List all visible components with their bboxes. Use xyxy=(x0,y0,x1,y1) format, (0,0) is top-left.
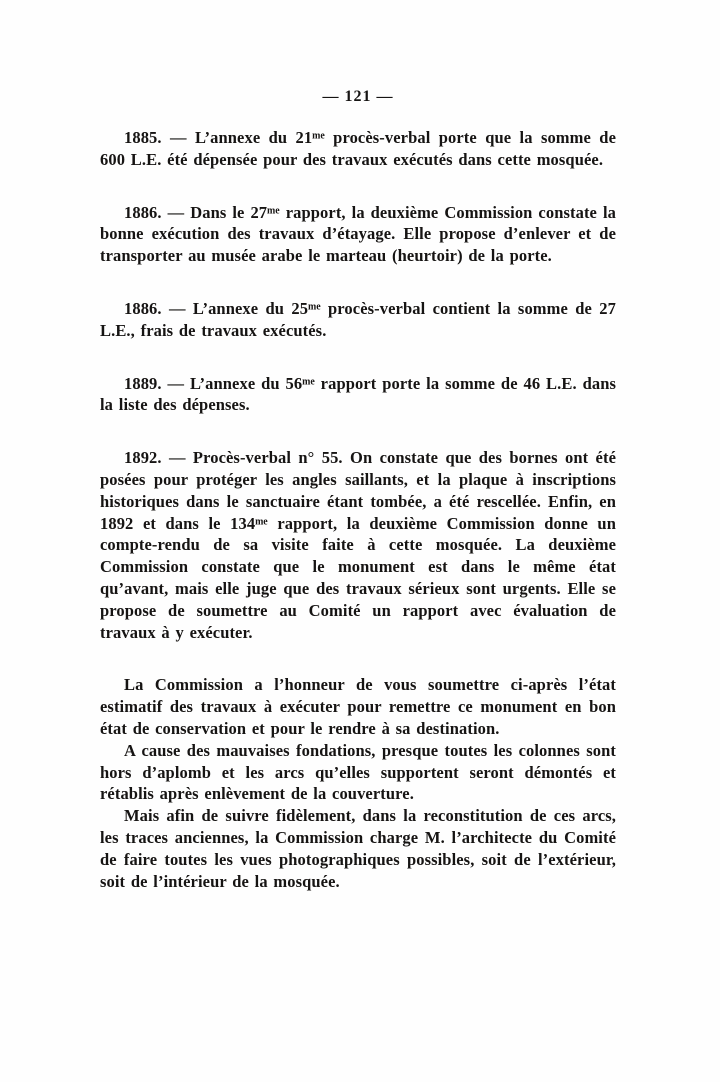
entry-1886-annexe-25: 1886. — L’annexe du 25ᵐᵉ procès-verbal c… xyxy=(100,298,616,342)
page-number: — 121 — xyxy=(100,88,616,106)
entry-1886-rapport-27: 1886. — Dans le 27ᵐᵉ rapport, la deuxièm… xyxy=(100,202,616,267)
entry-1892: 1892. — Procès-verbal n° 55. On constate… xyxy=(100,447,616,643)
closing-paragraph-photographies: Mais afin de suivre fidèlement, dans la … xyxy=(100,805,616,892)
closing-paragraph-etat-estimatif: La Commission a l’honneur de vous soumet… xyxy=(100,674,616,739)
entry-1885: 1885. — L’annexe du 21ᵐᵉ procès-verbal p… xyxy=(100,127,616,171)
closing-block: La Commission a l’honneur de vous soumet… xyxy=(100,674,616,892)
closing-paragraph-fondations: A cause des mauvaises fondations, presqu… xyxy=(100,740,616,805)
entry-1889: 1889. — L’annexe du 56ᵐᵉ rapport porte l… xyxy=(100,373,616,417)
document-page: — 121 — 1885. — L’annexe du 21ᵐᵉ procès-… xyxy=(0,0,720,1082)
text-block: 1885. — L’annexe du 21ᵐᵉ procès-verbal p… xyxy=(100,127,616,892)
